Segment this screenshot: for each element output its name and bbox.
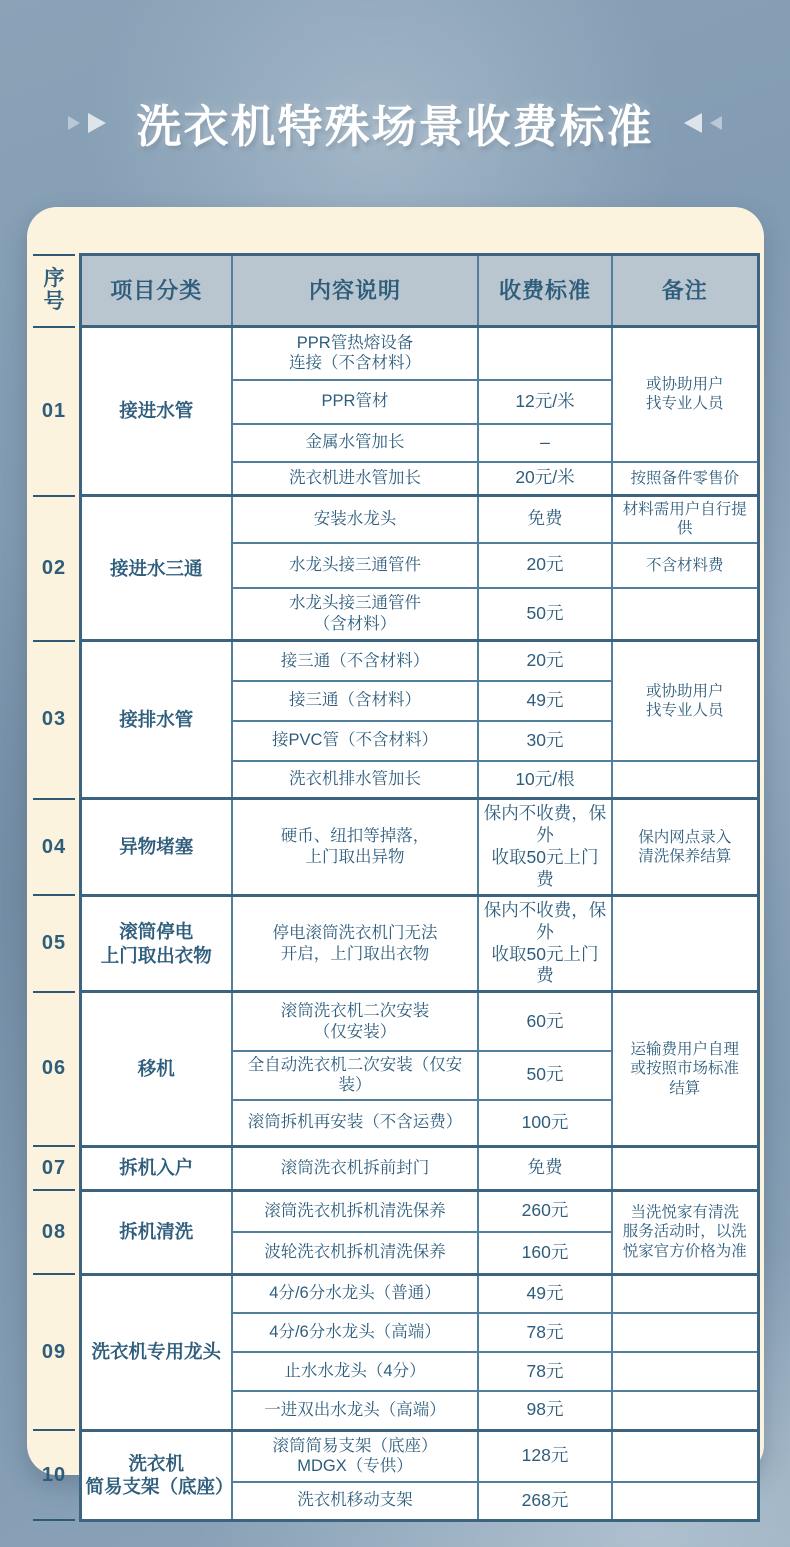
row-index-cell: 06 (33, 992, 75, 1146)
row-index-cell: 04 (33, 799, 75, 896)
category-cell: 洗衣机 简易支架（底座） (80, 1430, 232, 1520)
fee-cell: 60元 (478, 992, 612, 1051)
fee-cell: 160元 (478, 1232, 612, 1274)
description-cell: 金属水管加长 (232, 424, 478, 462)
row-index-cell: 09 (33, 1274, 75, 1430)
remark-cell: 保内网点录入 清洗保养结算 (612, 799, 758, 896)
row-index-cell: 05 (33, 895, 75, 992)
remark-cell: 或协助用户 找专业人员 (612, 641, 758, 761)
fee-cell: 50元 (478, 588, 612, 641)
remark-cell (612, 1274, 758, 1313)
remark-cell (612, 1391, 758, 1430)
category-cell: 异物堵塞 (80, 799, 232, 896)
fee-cell: 98元 (478, 1391, 612, 1430)
row-index-cell: 07 (33, 1146, 75, 1190)
description-cell: 4分/6分水龙头（高端） (232, 1313, 478, 1352)
table-row: 03接排水管接三通（不含材料）20元或协助用户 找专业人员 (33, 641, 758, 681)
fee-cell: 78元 (478, 1352, 612, 1391)
page-title: 洗衣机特殊场景收费标准 (136, 90, 653, 155)
fee-cell: 12元/米 (478, 380, 612, 424)
fee-cell: 50元 (478, 1051, 612, 1100)
description-cell: 接三通（含材料） (232, 681, 478, 721)
description-cell: 滚筒洗衣机拆前封门 (232, 1146, 478, 1190)
remark-cell: 运输费用户自理 或按照市场标准 结算 (612, 992, 758, 1146)
row-index-cell: 10 (33, 1430, 75, 1520)
fee-cell: 128元 (478, 1430, 612, 1482)
title-arrows-left-icon (676, 109, 726, 137)
description-cell: 4分/6分水龙头（普通） (232, 1274, 478, 1313)
remark-cell: 材料需用户自行提供 (612, 496, 758, 543)
fee-cell: 保内不收费，保外 收取50元上门费 (478, 799, 612, 896)
pricing-table: 序号 项目分类 内容说明 收费标准 备注 01接进水管PPR管热熔设备 连接（不… (33, 253, 760, 1522)
remark-cell (612, 1430, 758, 1482)
fee-cell: 268元 (478, 1482, 612, 1520)
fee-cell: 78元 (478, 1313, 612, 1352)
remark-cell (612, 1313, 758, 1352)
remark-cell: 或协助用户 找专业人员 (612, 327, 758, 462)
fee-cell: 49元 (478, 681, 612, 721)
description-cell: 滚筒简易支架（底座） MDGX（专供） (232, 1430, 478, 1482)
title-arrows-right-icon (64, 109, 114, 137)
table-row: 05滚筒停电 上门取出衣物停电滚筒洗衣机门无法 开启，上门取出衣物保内不收费，保… (33, 895, 758, 992)
table-row: 10洗衣机 简易支架（底座）滚筒简易支架（底座） MDGX（专供）128元 (33, 1430, 758, 1482)
description-cell: 水龙头接三通管件 (232, 543, 478, 588)
category-cell: 接进水三通 (80, 496, 232, 641)
fee-cell: 保内不收费，保外 收取50元上门费 (478, 895, 612, 992)
description-cell: 洗衣机进水管加长 (232, 462, 478, 496)
fee-cell: 30元 (478, 721, 612, 761)
header-fee: 收费标准 (478, 255, 612, 327)
header-description: 内容说明 (232, 255, 478, 327)
description-cell: 洗衣机排水管加长 (232, 761, 478, 799)
row-index-cell: 02 (33, 496, 75, 641)
description-cell: 停电滚筒洗衣机门无法 开启，上门取出衣物 (232, 895, 478, 992)
table-row: 07拆机入户滚筒洗衣机拆前封门免费 (33, 1146, 758, 1190)
category-cell: 接进水管 (80, 327, 232, 496)
description-cell: 滚筒洗衣机拆机清洗保养 (232, 1190, 478, 1232)
description-cell: 止水水龙头（4分） (232, 1352, 478, 1391)
category-cell: 移机 (80, 992, 232, 1146)
description-cell: 硬币、纽扣等掉落， 上门取出异物 (232, 799, 478, 896)
fee-cell: 20元 (478, 641, 612, 681)
description-cell: 滚筒洗衣机二次安装 （仅安装） (232, 992, 478, 1051)
description-cell: 接三通（不含材料） (232, 641, 478, 681)
row-index-cell: 01 (33, 327, 75, 496)
description-cell: 滚筒拆机再安装（不含运费） (232, 1100, 478, 1146)
header-remark: 备注 (612, 255, 758, 327)
description-cell: 洗衣机移动支架 (232, 1482, 478, 1520)
fee-cell: 10元/根 (478, 761, 612, 799)
remark-cell (612, 1146, 758, 1190)
remark-cell: 不含材料费 (612, 543, 758, 588)
header-category: 项目分类 (80, 255, 232, 327)
remark-cell: 当洗悦家有清洗 服务活动时，以洗 悦家官方价格为准 (612, 1190, 758, 1274)
description-cell: 安装水龙头 (232, 496, 478, 543)
fee-cell: 49元 (478, 1274, 612, 1313)
fee-cell: 免费 (478, 496, 612, 543)
table-row: 02接进水三通安装水龙头免费材料需用户自行提供 (33, 496, 758, 543)
category-cell: 洗衣机专用龙头 (80, 1274, 232, 1430)
category-cell: 滚筒停电 上门取出衣物 (80, 895, 232, 992)
category-cell: 接排水管 (80, 641, 232, 799)
row-index-cell: 08 (33, 1190, 75, 1274)
remark-cell: 按照备件零售价 (612, 462, 758, 496)
description-cell: 一进双出水龙头（高端） (232, 1391, 478, 1430)
remark-cell (612, 895, 758, 992)
fee-cell: 260元 (478, 1190, 612, 1232)
description-cell: PPR管热熔设备 连接（不含材料） (232, 327, 478, 380)
pricing-card: 序号 项目分类 内容说明 收费标准 备注 01接进水管PPR管热熔设备 连接（不… (27, 207, 764, 1475)
remark-cell (612, 588, 758, 641)
description-cell: 水龙头接三通管件 （含材料） (232, 588, 478, 641)
remark-cell (612, 761, 758, 799)
remark-cell (612, 1482, 758, 1520)
page-title-row: 洗衣机特殊场景收费标准 (0, 90, 790, 155)
fee-cell: – (478, 424, 612, 462)
fee-cell: 100元 (478, 1100, 612, 1146)
poster-background: 洗衣机特殊场景收费标准 序号 项目分类 内容说明 收费标准 备注 (0, 0, 790, 1547)
table-row: 08拆机清洗滚筒洗衣机拆机清洗保养260元当洗悦家有清洗 服务活动时，以洗 悦家… (33, 1190, 758, 1232)
description-cell: 波轮洗衣机拆机清洗保养 (232, 1232, 478, 1274)
fee-cell: 20元/米 (478, 462, 612, 496)
header-index: 序号 (33, 255, 75, 327)
table-row: 06移机滚筒洗衣机二次安装 （仅安装）60元运输费用户自理 或按照市场标准 结算 (33, 992, 758, 1051)
table-row: 01接进水管PPR管热熔设备 连接（不含材料）或协助用户 找专业人员 (33, 327, 758, 380)
category-cell: 拆机入户 (80, 1146, 232, 1190)
fee-cell: 20元 (478, 543, 612, 588)
description-cell: 接PVC管（不含材料） (232, 721, 478, 761)
remark-cell (612, 1352, 758, 1391)
description-cell: 全自动洗衣机二次安装（仅安装） (232, 1051, 478, 1100)
category-cell: 拆机清洗 (80, 1190, 232, 1274)
table-row: 04异物堵塞硬币、纽扣等掉落， 上门取出异物保内不收费，保外 收取50元上门费保… (33, 799, 758, 896)
fee-cell (478, 327, 612, 380)
description-cell: PPR管材 (232, 380, 478, 424)
fee-cell: 免费 (478, 1146, 612, 1190)
table-row: 09洗衣机专用龙头4分/6分水龙头（普通）49元 (33, 1274, 758, 1313)
row-index-cell: 03 (33, 641, 75, 799)
